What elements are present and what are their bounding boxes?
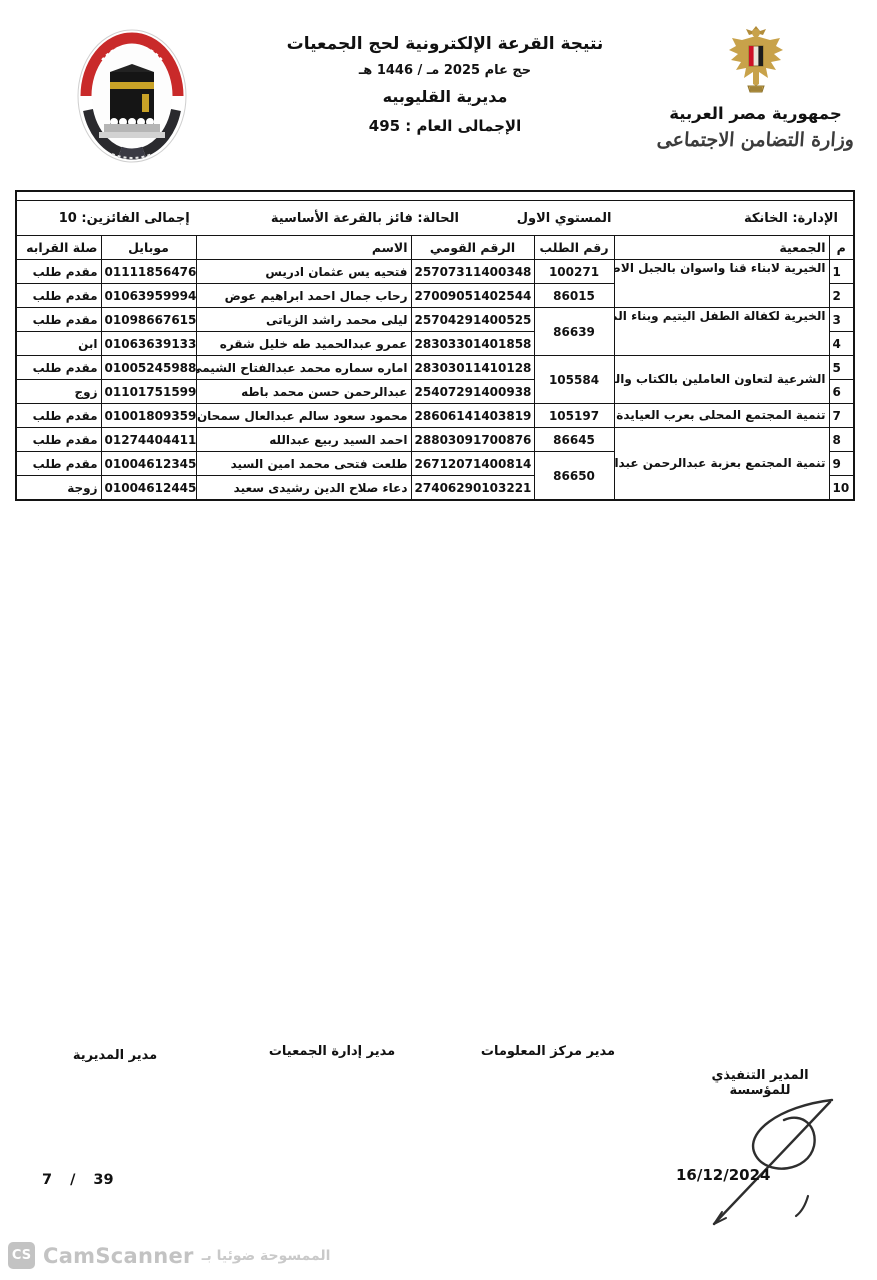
mobile-cell: 01098667615 bbox=[101, 308, 196, 332]
total-winners-label: إجمالى الفائزين: 10 bbox=[16, 211, 240, 226]
serial-cell: 10 bbox=[829, 476, 854, 501]
table-row: 7 تنمية المجتمع المحلى بعرب العيايدة 105… bbox=[16, 404, 854, 428]
name-cell: فتحيه يس عثمان ادريس bbox=[196, 260, 411, 284]
scanned-with-label: الممسوحة ضوئيا بـ bbox=[202, 1248, 331, 1264]
table-row: 1 الخيرية لابناء قنا واسوان بالجبل الاصف… bbox=[16, 260, 854, 284]
camscanner-app-name: CamScanner bbox=[43, 1244, 194, 1268]
association-cell: الخيرية لكفالة الطفل اليتيم وبناء المساج… bbox=[614, 308, 829, 356]
republic-name: جمهورية مصر العربية bbox=[648, 104, 863, 123]
national-id-cell: 28803091700876 bbox=[411, 428, 534, 452]
name-cell: محمود سعود سالم عبدالعال سمحان bbox=[196, 404, 411, 428]
serial-cell: 5 bbox=[829, 356, 854, 380]
national-id-cell: 28303301401858 bbox=[411, 332, 534, 356]
relation-cell: مقدم طلب bbox=[16, 284, 101, 308]
page-total: 39 bbox=[93, 1172, 113, 1188]
col-request-no: رقم الطلب bbox=[534, 236, 614, 260]
request-no-cell: 105584 bbox=[534, 356, 614, 404]
association-cell: تنمية المجتمع بعزبة عبدالرحمن عبدالمغنى bbox=[614, 428, 829, 501]
serial-cell: 2 bbox=[829, 284, 854, 308]
mobile-cell: 01004612345 bbox=[101, 452, 196, 476]
national-id-cell: 28303011410128 bbox=[411, 356, 534, 380]
mobile-cell: 01111856476 bbox=[101, 260, 196, 284]
administration-label: الإدارة: الخانكة bbox=[639, 211, 850, 226]
directorate-name: مديرية القليوبيه bbox=[245, 87, 645, 106]
document-title-block: نتيجة القرعة الإلكترونية لحج الجمعيات حج… bbox=[245, 34, 645, 135]
egypt-eagle-emblem-icon bbox=[726, 24, 786, 100]
document-title: نتيجة القرعة الإلكترونية لحج الجمعيات bbox=[245, 34, 645, 54]
page-current: 7 bbox=[42, 1172, 52, 1188]
serial-cell: 9 bbox=[829, 452, 854, 476]
relation-cell: زوج bbox=[16, 380, 101, 404]
ministry-name: وزارة التضامن الاجتماعى bbox=[647, 129, 864, 151]
national-id-cell: 25407291400938 bbox=[411, 380, 534, 404]
serial-cell: 6 bbox=[829, 380, 854, 404]
name-cell: عمرو عبدالحميد طه خليل شقره bbox=[196, 332, 411, 356]
national-id-cell: 28606141403819 bbox=[411, 404, 534, 428]
mobile-cell: 01063639133 bbox=[101, 332, 196, 356]
relation-cell: مقدم طلب bbox=[16, 452, 101, 476]
mobile-cell: 01063959994 bbox=[101, 284, 196, 308]
table-info-row: الإدارة: الخانكة المستوي الاول الحالة: ف… bbox=[16, 201, 854, 236]
request-no-cell: 100271 bbox=[534, 260, 614, 284]
mobile-cell: 01004612445 bbox=[101, 476, 196, 501]
mobile-cell: 01274404411 bbox=[101, 428, 196, 452]
name-cell: احمد السيد ربيع عبدالله bbox=[196, 428, 411, 452]
table-top-strip bbox=[16, 191, 854, 201]
serial-cell: 1 bbox=[829, 260, 854, 284]
serial-cell: 7 bbox=[829, 404, 854, 428]
serial-cell: 4 bbox=[829, 332, 854, 356]
table-row: 3 الخيرية لكفالة الطفل اليتيم وبناء المس… bbox=[16, 308, 854, 332]
national-id-cell: 26712071400814 bbox=[411, 452, 534, 476]
table-row: 5 الشرعية لتعاون العاملين بالكتاب والسنة… bbox=[16, 356, 854, 380]
relation-cell: مقدم طلب bbox=[16, 356, 101, 380]
name-cell: رحاب جمال احمد ابراهيم عوض bbox=[196, 284, 411, 308]
request-no-cell: 86015 bbox=[534, 284, 614, 308]
relation-cell: مقدم طلب bbox=[16, 308, 101, 332]
request-no-cell: 86639 bbox=[534, 308, 614, 356]
col-association: الجمعية bbox=[614, 236, 829, 260]
name-cell: طلعت فتحى محمد امين السيد bbox=[196, 452, 411, 476]
level-label: المستوي الاول bbox=[489, 211, 638, 226]
request-no-cell: 86650 bbox=[534, 452, 614, 501]
signature-associations-admin-manager: مدير إدارة الجمعيات bbox=[262, 1044, 402, 1059]
camscanner-watermark: CS CamScanner الممسوحة ضوئيا بـ bbox=[8, 1242, 332, 1269]
relation-cell: ابن bbox=[16, 332, 101, 356]
hajj-year-line: حج عام 2025 مـ / 1446 هـ bbox=[245, 63, 645, 78]
signature-directorate-manager: مدير المديرية bbox=[55, 1048, 175, 1063]
request-no-cell: 105197 bbox=[534, 404, 614, 428]
kaaba-badge-icon bbox=[76, 28, 188, 164]
lottery-results-table: الإدارة: الخانكة المستوي الاول الحالة: ف… bbox=[15, 190, 855, 501]
national-id-cell: 25707311400348 bbox=[411, 260, 534, 284]
relation-cell: زوجة bbox=[16, 476, 101, 501]
camscanner-logo-icon: CS bbox=[8, 1242, 35, 1269]
request-no-cell: 86645 bbox=[534, 428, 614, 452]
relation-cell: مقدم طلب bbox=[16, 260, 101, 284]
handwritten-signature bbox=[690, 1088, 850, 1242]
mobile-cell: 01005245988 bbox=[101, 356, 196, 380]
col-mobile: موبايل bbox=[101, 236, 196, 260]
col-name: الاسم bbox=[196, 236, 411, 260]
signature-information-center-manager: مدير مركز المعلومات bbox=[478, 1044, 618, 1059]
status-label: الحالة: فائز بالقرعة الأساسية bbox=[240, 211, 489, 226]
mobile-cell: 01001809359 bbox=[101, 404, 196, 428]
scanned-document-page: نتيجة القرعة الإلكترونية لحج الجمعيات حج… bbox=[0, 0, 877, 1280]
relation-cell: مقدم طلب bbox=[16, 404, 101, 428]
national-id-cell: 27009051402544 bbox=[411, 284, 534, 308]
association-cell: الشرعية لتعاون العاملين بالكتاب والسنة ف… bbox=[614, 356, 829, 404]
grand-total: الإجمالى العام : 495 bbox=[245, 117, 645, 135]
government-header-block: جمهورية مصر العربية وزارة التضامن الاجتم… bbox=[648, 24, 863, 151]
hajj-foundation-logo bbox=[76, 28, 188, 164]
col-national-id: الرقم القومي bbox=[411, 236, 534, 260]
table-header-row: م الجمعية رقم الطلب الرقم القومي الاسم م… bbox=[16, 236, 854, 260]
col-serial: م bbox=[829, 236, 854, 260]
page-indicator: 7 / 39 bbox=[42, 1172, 114, 1188]
serial-cell: 3 bbox=[829, 308, 854, 332]
serial-cell: 8 bbox=[829, 428, 854, 452]
association-cell: تنمية المجتمع المحلى بعرب العيايدة bbox=[614, 404, 829, 428]
document-date: 16/12/2024 bbox=[676, 1166, 770, 1184]
page-separator: / bbox=[70, 1172, 75, 1188]
national-id-cell: 27406290103221 bbox=[411, 476, 534, 501]
relation-cell: مقدم طلب bbox=[16, 428, 101, 452]
mobile-cell: 01101751599 bbox=[101, 380, 196, 404]
association-cell: الخيرية لابناء قنا واسوان بالجبل الاصفر bbox=[614, 260, 829, 308]
name-cell: اماره سماره محمد عبدالفتاح الشيمى bbox=[196, 356, 411, 380]
table-row: 8 تنمية المجتمع بعزبة عبدالرحمن عبدالمغن… bbox=[16, 428, 854, 452]
national-id-cell: 25704291400525 bbox=[411, 308, 534, 332]
name-cell: دعاء صلاح الدين رشيدى سعيد bbox=[196, 476, 411, 501]
col-relation: صلة القرابه bbox=[16, 236, 101, 260]
name-cell: ليلى محمد راشد الزياتى bbox=[196, 308, 411, 332]
name-cell: عبدالرحمن حسن محمد باطه bbox=[196, 380, 411, 404]
